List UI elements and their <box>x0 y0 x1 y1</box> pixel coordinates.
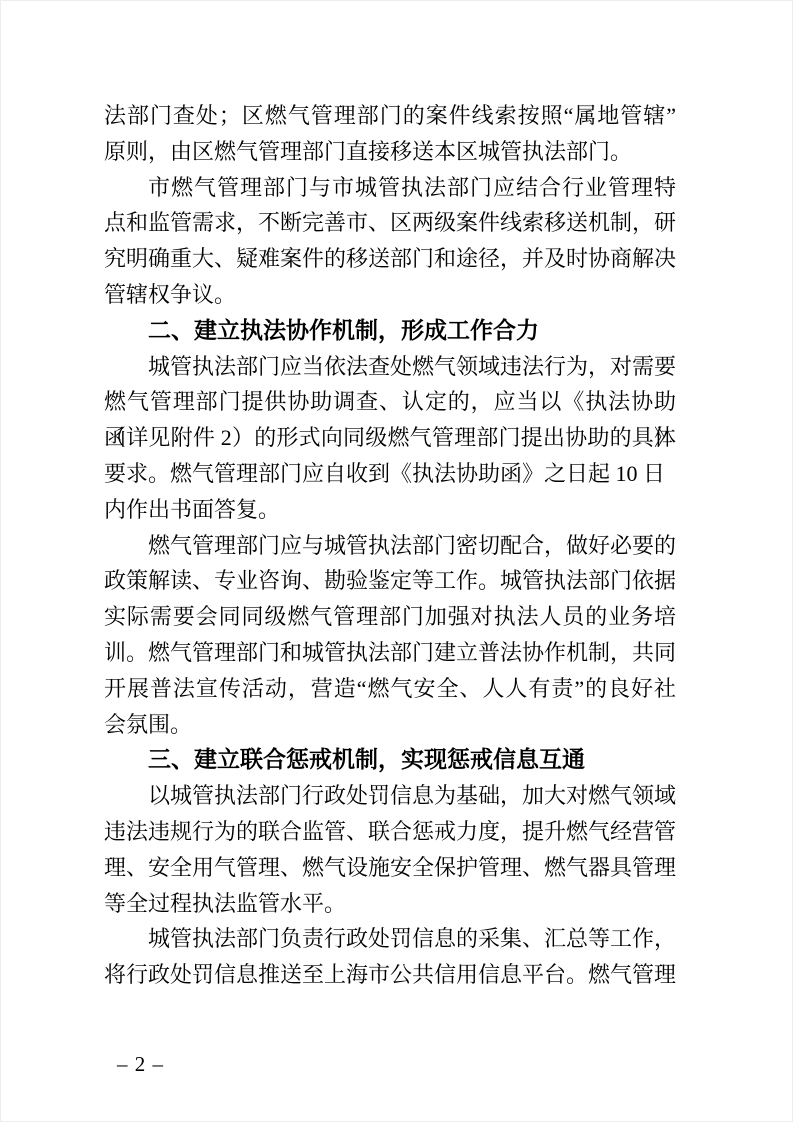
text-line: 点和监管需求，不断完善市、区两级案件线索移送机制，研 <box>104 205 676 241</box>
document-text-block: 法部门查处；区燃气管理部门的案件线索按照“属地管辖”原则，由区燃气管理部门直接移… <box>104 98 676 993</box>
text-line: 城管执法部门负责行政处罚信息的采集、汇总等工作， <box>104 921 676 957</box>
text-line: 政策解读、专业咨询、勘验鉴定等工作。城管执法部门依据 <box>104 563 676 599</box>
text-line: 以城管执法部门行政处罚信息为基础，加大对燃气领域 <box>104 778 676 814</box>
text-line: 训。燃气管理部门和城管执法部门建立普法协作机制，共同 <box>104 635 676 671</box>
section-heading: 三、建立联合惩戒机制，实现惩戒信息互通 <box>104 742 676 778</box>
text-line: 法部门查处；区燃气管理部门的案件线索按照“属地管辖” <box>104 98 676 134</box>
page-number: – 2 – <box>117 1049 164 1079</box>
document-page: 法部门查处；区燃气管理部门的案件线索按照“属地管辖”原则，由区燃气管理部门直接移… <box>0 0 793 1122</box>
text-line: 要求。燃气管理部门应自收到《执法协助函》之日起 10 日 <box>104 456 676 492</box>
text-line: 管辖权争议。 <box>104 277 676 313</box>
text-line: 燃气管理部门提供协助调查、认定的，应当以《执法协助函》 <box>104 384 676 420</box>
text-line: 市燃气管理部门与市城管执法部门应结合行业管理特 <box>104 170 676 206</box>
text-line: 会氛围。 <box>104 707 676 743</box>
text-line: 实际需要会同同级燃气管理部门加强对执法人员的业务培 <box>104 599 676 635</box>
text-line: （详见附件 2）的形式向同级燃气管理部门提出协助的具体 <box>104 420 676 456</box>
text-line: 究明确重大、疑难案件的移送部门和途径，并及时协商解决 <box>104 241 676 277</box>
text-line: 开展普法宣传活动，营造“燃气安全、人人有责”的良好社 <box>104 671 676 707</box>
text-line: 城管执法部门应当依法查处燃气领域违法行为，对需要 <box>104 349 676 385</box>
text-line: 等全过程执法监管水平。 <box>104 886 676 922</box>
text-line: 将行政处罚信息推送至上海市公共信用信息平台。燃气管理 <box>104 957 676 993</box>
section-heading: 二、建立执法协作机制，形成工作合力 <box>104 313 676 349</box>
text-line: 违法违规行为的联合监管、联合惩戒力度，提升燃气经营管 <box>104 814 676 850</box>
text-line: 理、安全用气管理、燃气设施安全保护管理、燃气器具管理 <box>104 850 676 886</box>
text-line: 原则，由区燃气管理部门直接移送本区城管执法部门。 <box>104 134 676 170</box>
text-line: 内作出书面答复。 <box>104 492 676 528</box>
text-line: 燃气管理部门应与城管执法部门密切配合，做好必要的 <box>104 528 676 564</box>
